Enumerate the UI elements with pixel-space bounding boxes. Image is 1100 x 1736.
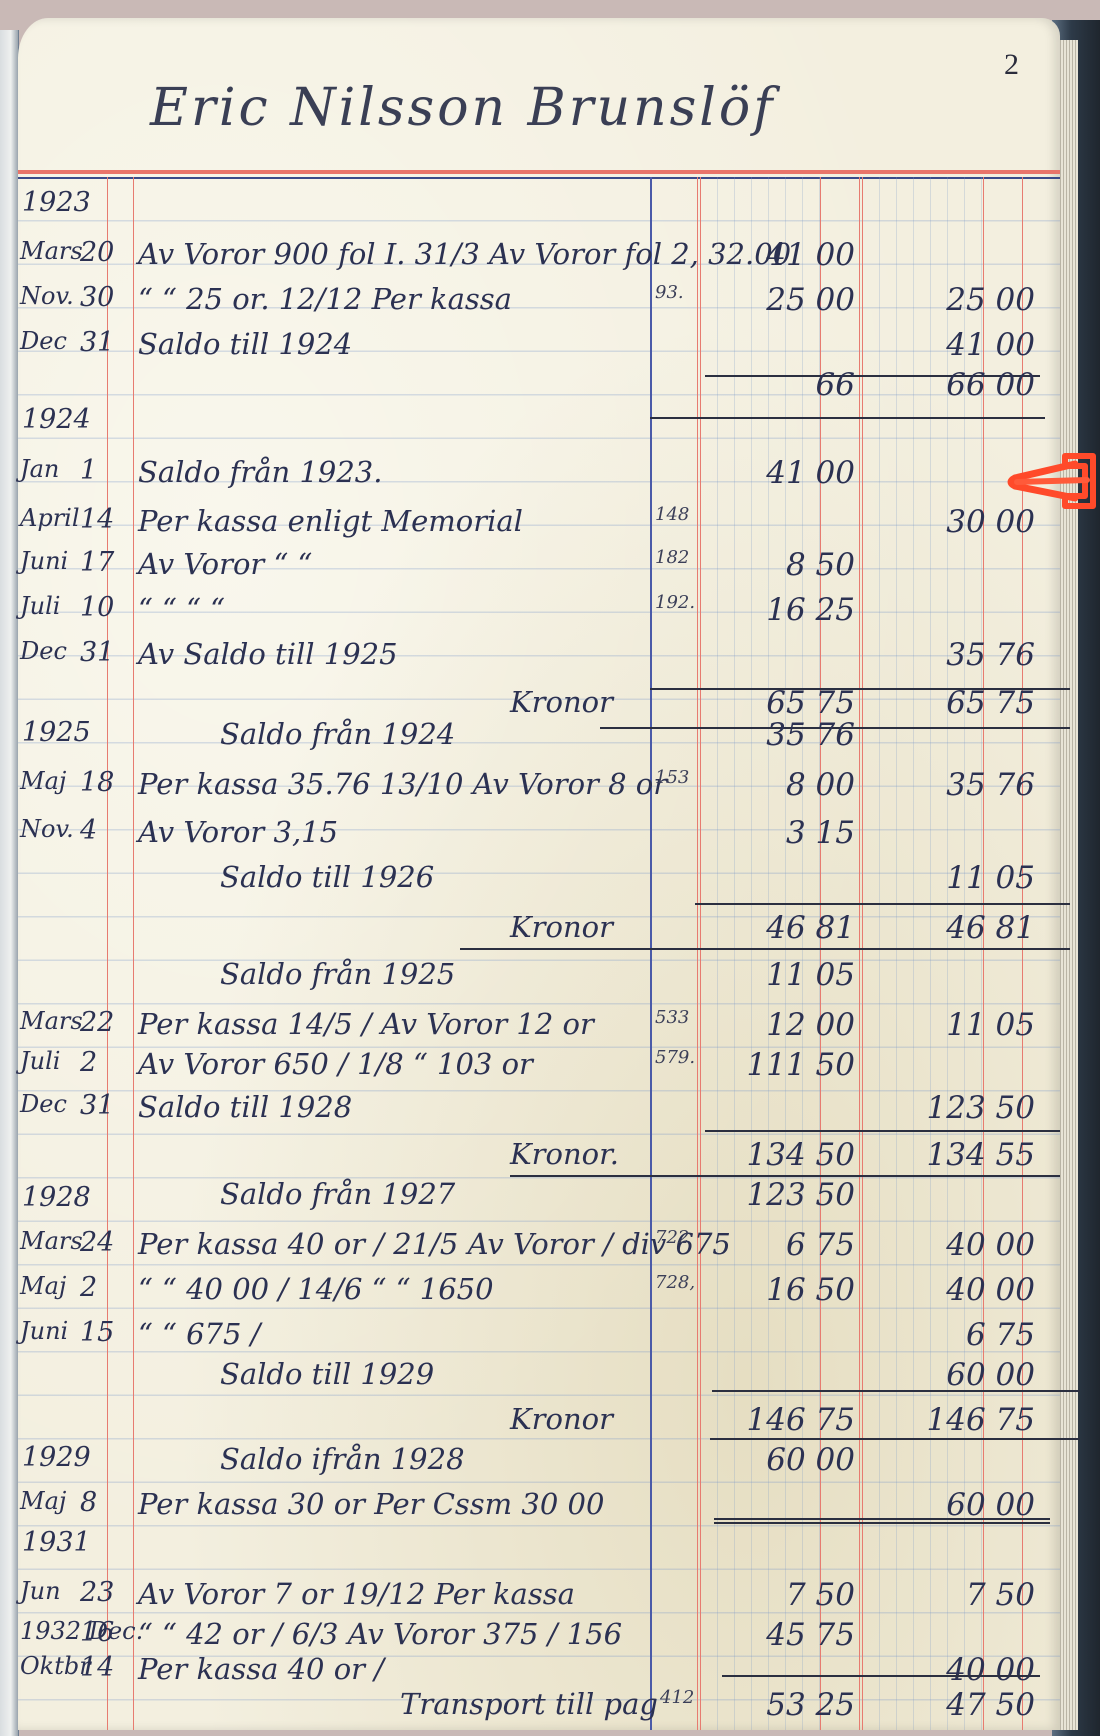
- entry-description: Saldo från 1927: [220, 1177, 455, 1211]
- entry-day: 8: [80, 1487, 97, 1518]
- day-column-rule: [133, 177, 134, 1730]
- entry-reference: 728,: [655, 1272, 695, 1293]
- header-rule-blue: [18, 177, 1060, 179]
- total-rule: [695, 903, 1070, 905]
- entry-day: 4: [80, 815, 97, 846]
- entry-description: Av Voror 900 fol I. 31/3 Av Voror fol 2,…: [138, 237, 791, 271]
- entry-month: Mars: [20, 1227, 83, 1255]
- entry-day: 30: [80, 282, 114, 313]
- debit-column-rule-b: [700, 177, 701, 1730]
- ref-column-rule: [650, 177, 652, 1730]
- entry-reference: 153: [655, 767, 689, 788]
- entry-day: 22: [80, 1007, 114, 1038]
- entry-credit-amount: 11 05: [946, 860, 1035, 896]
- entry-debit-amount: 8 50: [786, 547, 855, 583]
- amount-grid-line: [717, 177, 718, 1730]
- entry-credit-amount: 40 00: [946, 1272, 1035, 1308]
- entry-debit-amount: 123 50: [747, 1177, 855, 1213]
- entry-debit-amount: 16 50: [766, 1272, 855, 1308]
- credit-column-rule-b: [862, 177, 863, 1730]
- entry-day: 16: [80, 1617, 114, 1648]
- entry-credit-amount: 41 00: [946, 327, 1035, 363]
- entry-year: 1931: [22, 1527, 91, 1558]
- total-label: Kronor: [510, 910, 613, 944]
- total-rule: [650, 417, 1045, 419]
- total-rule: [722, 1675, 1040, 1677]
- entry-month: Jan: [20, 455, 59, 483]
- total-reference: 412: [660, 1687, 694, 1708]
- paper-clip-icon: [1005, 452, 1097, 510]
- entry-month: Juni: [20, 547, 68, 575]
- entry-month: Dec: [20, 1090, 67, 1118]
- total-rule: [710, 1438, 1080, 1440]
- amount-grid-line: [879, 177, 880, 1730]
- entry-reference: 93.: [655, 282, 684, 303]
- total-debit: 65 75: [766, 685, 855, 721]
- entry-year: 1928: [22, 1182, 91, 1213]
- entry-day: 2: [80, 1047, 97, 1078]
- entry-debit-amount: 41 00: [766, 237, 855, 273]
- entry-debit-amount: 60 00: [766, 1442, 855, 1478]
- entry-day: 23: [80, 1577, 114, 1608]
- page-stack-edge: [1058, 40, 1078, 1730]
- entry-day: 18: [80, 767, 114, 798]
- entry-credit-amount: 11 05: [946, 1007, 1035, 1043]
- entry-day: 24: [80, 1227, 114, 1258]
- entry-year: 1929: [22, 1442, 91, 1473]
- entry-day: 10: [80, 592, 114, 623]
- entry-year: 1923: [22, 187, 91, 218]
- entry-day: 31: [80, 637, 114, 668]
- entry-day: 15: [80, 1317, 114, 1348]
- entry-month: Maj: [20, 1272, 66, 1300]
- amount-grid-line: [819, 177, 820, 1730]
- entry-credit-amount: 35 76: [946, 767, 1035, 803]
- entry-day: 14: [80, 504, 114, 535]
- entry-description: Saldo till 1926: [220, 860, 434, 894]
- entry-description: Saldo till 1928: [138, 1090, 352, 1124]
- debit-column-rule-a: [697, 177, 698, 1730]
- entry-day: 1: [80, 455, 97, 486]
- entry-description: Per kassa 40 or /: [138, 1652, 384, 1686]
- entry-description: Saldo från 1924: [220, 717, 455, 751]
- entry-debit-amount: 6 75: [786, 1227, 855, 1263]
- entry-credit-amount: 40 00: [946, 1652, 1035, 1688]
- entry-credit-amount: 35 76: [946, 637, 1035, 673]
- entry-description: “ “ 42 or / 6/3 Av Voror 375 / 156: [138, 1617, 622, 1651]
- total-debit: 66: [816, 367, 855, 403]
- entry-description: Per kassa enligt Memorial: [138, 504, 523, 538]
- entry-description: Saldo till 1929: [220, 1357, 434, 1391]
- entry-month: Dec: [20, 637, 67, 665]
- amount-grid-line: [768, 177, 769, 1730]
- entry-credit-amount: 7 50: [966, 1577, 1035, 1613]
- entry-description: Saldo ifrån 1928: [220, 1442, 465, 1476]
- entry-description: “ “ 25 or. 12/12 Per kassa: [138, 282, 512, 316]
- entry-debit-amount: 25 00: [766, 282, 855, 318]
- entry-description: Av Saldo till 1925: [138, 637, 398, 671]
- total-credit: 47 50: [946, 1687, 1035, 1723]
- entry-credit-amount: 6 75: [966, 1317, 1035, 1353]
- entry-description: Av Voror 7 or 19/12 Per kassa: [138, 1577, 575, 1611]
- entry-description: Saldo till 1924: [138, 327, 352, 361]
- total-credit: 46 81: [946, 910, 1035, 946]
- account-holder-name: Eric Nilsson Brunslöf: [150, 78, 775, 138]
- entry-credit-amount: 25 00: [946, 282, 1035, 318]
- amount-grid-line: [896, 177, 897, 1730]
- entry-debit-amount: 41 00: [766, 455, 855, 491]
- entry-year: 1925: [22, 717, 91, 748]
- total-rule: [705, 1130, 1060, 1132]
- entry-description: Per kassa 14/5 / Av Voror 12 or: [138, 1007, 594, 1041]
- entry-description: Saldo från 1923.: [138, 455, 382, 489]
- entry-description: “ “ 675 /: [138, 1317, 260, 1351]
- amount-grid-line: [734, 177, 735, 1730]
- total-label: Kronor: [510, 1402, 613, 1436]
- entry-debit-amount: 16 25: [766, 592, 855, 628]
- month-column-rule: [107, 177, 108, 1730]
- entry-month: April: [20, 504, 80, 532]
- entry-description: Av Voror “ “: [138, 547, 312, 581]
- entry-debit-amount: 3 15: [786, 815, 855, 851]
- amount-grid-line: [913, 177, 914, 1730]
- entry-day: 2: [80, 1272, 97, 1303]
- entry-month: Nov.: [20, 815, 74, 843]
- entry-debit-amount: 35 76: [766, 717, 855, 753]
- entry-description: “ “ 40 00 / 14/6 “ “ 1650: [138, 1272, 494, 1306]
- page-number: 2: [1004, 48, 1019, 82]
- amount-grid-line: [930, 177, 931, 1730]
- entry-day: 31: [80, 1090, 114, 1121]
- entry-debit-amount: 8 00: [786, 767, 855, 803]
- entry-description: “ “ “ “: [138, 592, 225, 626]
- total-rule: [714, 1518, 1050, 1520]
- entry-credit-amount: 40 00: [946, 1227, 1035, 1263]
- entry-day: 31: [80, 327, 114, 358]
- entry-month: Juli: [20, 592, 60, 620]
- entry-description: Av Voror 650 / 1/8 “ 103 or: [138, 1047, 533, 1081]
- credit-column-rule-a: [859, 177, 860, 1730]
- entry-debit-amount: 11 05: [766, 957, 855, 993]
- entry-month: Maj: [20, 1487, 66, 1515]
- entry-month: Juli: [20, 1047, 60, 1075]
- total-credit: 66 00: [946, 367, 1035, 403]
- total-rule: [712, 1390, 1080, 1392]
- total-label: Transport till pag: [400, 1687, 658, 1721]
- total-debit: 53 25: [766, 1687, 855, 1723]
- entry-reference: 148: [655, 504, 689, 525]
- amount-grid-line: [802, 177, 803, 1730]
- total-label: Kronor: [510, 685, 613, 719]
- previous-page-edge: [0, 30, 19, 1736]
- entry-credit-amount: 60 00: [946, 1357, 1035, 1393]
- total-credit: 146 75: [927, 1402, 1035, 1438]
- entry-reference: 579.: [655, 1047, 695, 1068]
- header-rule-red: [18, 170, 1060, 174]
- entry-reference: 182: [655, 547, 689, 568]
- total-debit: 146 75: [747, 1402, 855, 1438]
- entry-reference: 533: [655, 1007, 689, 1028]
- entry-description: Per kassa 30 or Per Cssm 30 00: [138, 1487, 604, 1521]
- entry-description: Per kassa 35.76 13/10 Av Voror 8 or: [138, 767, 667, 801]
- total-rule: [714, 1522, 1050, 1524]
- total-debit: 46 81: [766, 910, 855, 946]
- amount-grid-line: [751, 177, 752, 1730]
- entry-month: Maj: [20, 767, 66, 795]
- total-rule: [460, 948, 1070, 950]
- entry-month: Jun: [20, 1577, 61, 1605]
- entry-reference: 722: [655, 1227, 689, 1248]
- entry-reference: 192.: [655, 592, 695, 613]
- entry-debit-amount: 7 50: [786, 1577, 855, 1613]
- entry-month: Juni: [20, 1317, 68, 1345]
- entry-debit-amount: 111 50: [747, 1047, 855, 1083]
- entry-year: 1924: [22, 404, 91, 435]
- entry-day: 20: [80, 237, 114, 268]
- total-credit: 134 55: [927, 1137, 1035, 1173]
- total-credit: 65 75: [946, 685, 1035, 721]
- total-debit: 134 50: [747, 1137, 855, 1173]
- entry-description: Saldo från 1925: [220, 957, 455, 991]
- entry-month: Mars: [20, 1007, 83, 1035]
- entry-month: Dec: [20, 327, 67, 355]
- total-label: Kronor.: [510, 1137, 619, 1171]
- entry-month: Mars: [20, 237, 83, 265]
- debit-ore-rule: [820, 177, 821, 1730]
- entry-description: Per kassa 40 or / 21/5 Av Voror / div 67…: [138, 1227, 731, 1261]
- entry-description: Av Voror 3,15: [138, 815, 338, 849]
- entry-debit-amount: 45 75: [766, 1617, 855, 1653]
- entry-credit-amount: 123 50: [927, 1090, 1035, 1126]
- entry-day: 17: [80, 547, 114, 578]
- entry-month: Nov.: [20, 282, 74, 310]
- entry-debit-amount: 12 00: [766, 1007, 855, 1043]
- amount-grid-line: [785, 177, 786, 1730]
- entry-day: 14: [80, 1652, 114, 1683]
